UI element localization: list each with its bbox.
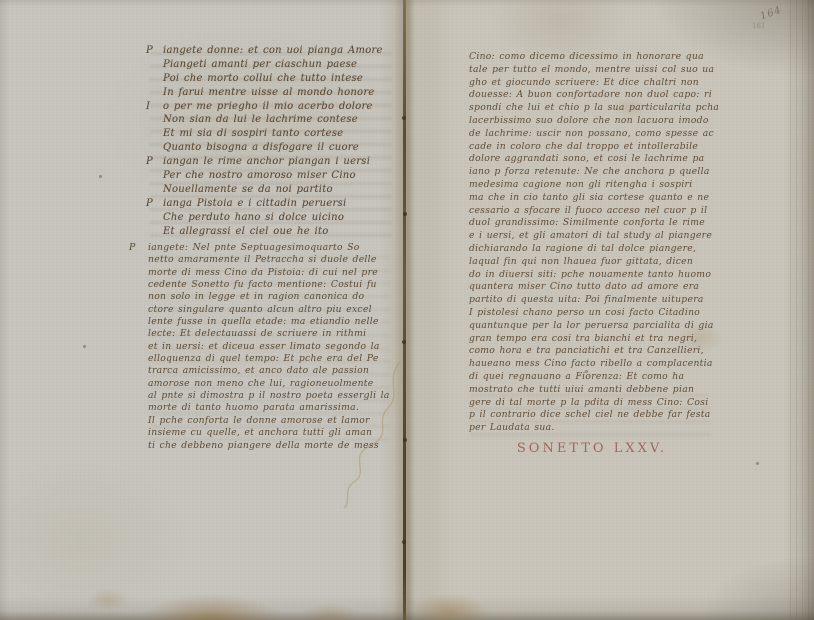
sonnet-heading: SONETTO LXXV. — [469, 441, 715, 456]
line-text: iangete donne: et con uoi pianga Amore — [163, 45, 383, 56]
manuscript-line: de lachrime: uscir non possano, como spe… — [469, 128, 719, 141]
line-text: o per me priegho il mio acerbo dolore — [163, 101, 373, 112]
manuscript-line: non solo in legge et in ragion canonica … — [129, 291, 390, 303]
line-text: Poi che morto collui che tutto intese — [163, 73, 363, 84]
line-text: Che perduto hano si dolce uicino — [163, 212, 344, 223]
line-text: Et allegrassi el ciel oue he ito — [163, 226, 328, 237]
manuscript-line: laqual fin qui non lhauea fuor gittata, … — [469, 256, 719, 269]
manuscript-line: et in uersi: et diceua esser limato sego… — [129, 341, 390, 353]
line-text: lente fusse in quella etade: ma etiandio… — [148, 316, 379, 327]
stanza-initial: P — [146, 44, 163, 58]
line-text: morte di mess Cino da Pistoia: di cui ne… — [148, 267, 378, 278]
manuscript-line: ti che debbeno piangere della morte de m… — [129, 440, 390, 452]
manuscript-line: Et mi sia di sospiri tanto cortese — [146, 127, 383, 141]
right-commentary-block: Cino: como dicemo dicessimo in honorare … — [469, 51, 719, 435]
manuscript-line: como hora e tra panciatichi et tra Canze… — [469, 345, 719, 358]
manuscript-line: Et allegrassi el ciel oue he ito — [146, 225, 383, 239]
manuscript-line: elloquenza di quel tempo: Et pche era de… — [129, 353, 390, 365]
manuscript-line: ma che in cio tanto gli sia cortese quan… — [469, 192, 719, 205]
manuscript-line: gran tempo era cosi tra bianchi et tra n… — [469, 333, 719, 346]
manuscript-line: cade in coloro che dal troppo et intolle… — [469, 141, 719, 154]
manuscript-line: quantera miser Cino tutto dato ad amore … — [469, 281, 719, 294]
sonnet-block: Piangete donne: et con uoi pianga AmoreP… — [146, 44, 383, 238]
manuscript-line: Per che nostro amoroso miser Cino — [146, 169, 383, 183]
manuscript-line: ctore singulare quanto alcun altro piu e… — [129, 304, 390, 316]
line-text: iangan le rime anchor piangan i uersi — [163, 156, 370, 167]
sewing-dot — [402, 540, 406, 544]
manuscript-line: netto amaramente il Petraccha si duole d… — [129, 254, 390, 266]
manuscript-line: spondi che lui et chio p la sua particul… — [469, 102, 719, 115]
line-text: Per che nostro amoroso miser Cino — [163, 170, 356, 181]
line-text: elloquenza di quel tempo: Et pche era de… — [148, 353, 379, 364]
manuscript-line: al pnte si dimostra p il nostro poeta es… — [129, 390, 390, 402]
manuscript-line: cedente Sonetto fu facto mentione: Costu… — [129, 279, 390, 291]
manuscript-line: Piangan le rime anchor piangan i uersi — [146, 155, 383, 169]
manuscript-line: quantunque per la lor peruersa parcialit… — [469, 320, 719, 333]
manuscript-line: trarca amicissimo, et anco dato ale pass… — [129, 365, 390, 377]
sewing-dot — [403, 438, 407, 442]
line-text: amorose non meno che lui, ragioneuolment… — [148, 378, 374, 389]
manuscript-line: mostrato che tutti uiui amanti debbene p… — [469, 384, 719, 397]
manuscript-line: Il pche conforta le donne amorose et lam… — [129, 415, 390, 427]
manuscript-line: lacerbissimo suo dolore che non lacuora … — [469, 115, 719, 128]
foxing-spot — [756, 462, 759, 465]
manuscript-line: dichiarando la ragione di tal dolce pian… — [469, 243, 719, 256]
line-text: ti che debbeno piangere della morte de m… — [148, 440, 379, 451]
manuscript-line: gho et giocundo scriuere: Et dice chaltr… — [469, 77, 719, 90]
manuscript-line: douesse: A buon confortadore non duol ca… — [469, 89, 719, 102]
sewing-dot — [403, 212, 407, 216]
left-commentary-block: Piangete: Nel pnte Septuagesimoquarto So… — [129, 242, 390, 452]
line-text: Et mi sia di sospiri tanto cortese — [163, 128, 343, 139]
folio-number-secondary: 161 — [752, 22, 765, 30]
line-text: morte di tanto huomo parata amarissima. — [148, 402, 359, 413]
folio-number: 164 — [759, 5, 784, 23]
manuscript-line: partito di questa uita: Poi finalmente u… — [469, 294, 719, 307]
line-text: Non sian da lui le lachrime contese — [163, 114, 358, 125]
manuscript-line: I pistolesi chano perso un cosi facto Ci… — [469, 307, 719, 320]
stanza-initial: P — [146, 197, 163, 211]
manuscript-line: lecte: Et delectauassi de scriuere in ri… — [129, 328, 390, 340]
line-text: lecte: Et delectauassi de scriuere in ri… — [148, 328, 366, 339]
manuscript-line: haueano mess Cino facto ribello a compla… — [469, 358, 719, 371]
manuscript-line: di quei regnauano a Fiorenza: Et como ha — [469, 371, 719, 384]
manuscript-line: Piangete donne: et con uoi pianga Amore — [146, 44, 383, 58]
manuscript-line: do in diuersi siti: pche nouamente tanto… — [469, 269, 719, 282]
line-text: Piangeti amanti per ciaschun paese — [163, 59, 357, 70]
manuscript-photo: Piangete donne: et con uoi pianga AmoreP… — [0, 0, 814, 620]
line-text: insieme cu quelle, et anchora tutti gli … — [148, 427, 372, 438]
sewing-dot — [402, 116, 406, 120]
manuscript-line: cessario a sfocare il fuoco acceso nel c… — [469, 205, 719, 218]
stanza-initial: P — [129, 242, 148, 254]
manuscript-line: Cino: como dicemo dicessimo in honorare … — [469, 51, 719, 64]
line-text: netto amaramente il Petraccha si duole d… — [148, 254, 377, 265]
line-text: et in uersi: et diceua esser limato sego… — [148, 341, 380, 352]
manuscript-line: gere di tal morte p la pdita di mess Cin… — [469, 397, 719, 410]
sewing-dot — [402, 340, 406, 344]
manuscript-line: Quanto bisogna a disfogare il cuore — [146, 141, 383, 155]
manuscript-line: duol grandissimo: Similmente conforta le… — [469, 217, 719, 230]
manuscript-line: lente fusse in quella etade: ma etiandio… — [129, 316, 390, 328]
manuscript-line: per Laudata sua. — [469, 422, 719, 435]
manuscript-line: e i uersi, et gli amatori di tal study a… — [469, 230, 719, 243]
manuscript-line: Che perduto hano si dolce uicino — [146, 211, 383, 225]
foxing-spot — [83, 345, 86, 348]
manuscript-line: morte di mess Cino da Pistoia: di cui ne… — [129, 267, 390, 279]
manuscript-line: medesima cagione non gli ritengha i sosp… — [469, 179, 719, 192]
line-text: non solo in legge et in ragion canonica … — [148, 291, 364, 302]
manuscript-line: Io per me priegho il mio acerbo dolore — [146, 100, 383, 114]
manuscript-line: iano p forza retenute: Ne che anchora p … — [469, 166, 719, 179]
manuscript-line: Non sian da lui le lachrime contese — [146, 113, 383, 127]
manuscript-line: amorose non meno che lui, ragioneuolment… — [129, 378, 390, 390]
manuscript-line: morte di tanto huomo parata amarissima. — [129, 402, 390, 414]
line-text: ctore singulare quanto alcun altro piu e… — [148, 304, 372, 315]
manuscript-line: p il contrario dice schel ciel ne debbe … — [469, 409, 719, 422]
line-text: In farui mentre uisse al mondo honore — [163, 87, 375, 98]
manuscript-line: Poi che morto collui che tutto intese — [146, 72, 383, 86]
page-edge-texture — [790, 0, 814, 620]
line-text: al pnte si dimostra p il nostro poeta es… — [148, 390, 390, 401]
manuscript-line: insieme cu quelle, et anchora tutti gli … — [129, 427, 390, 439]
line-text: ianga Pistoia e i cittadin peruersi — [163, 198, 346, 209]
line-text: trarca amicissimo, et anco dato ale pass… — [148, 365, 369, 376]
manuscript-line: In farui mentre uisse al mondo honore — [146, 86, 383, 100]
line-text: Nouellamente se da noi partito — [163, 184, 333, 195]
line-text: Il pche conforta le donne amorose et lam… — [148, 415, 370, 426]
manuscript-line: Nouellamente se da noi partito — [146, 183, 383, 197]
foxing-spot — [99, 175, 102, 178]
manuscript-line: Piangete: Nel pnte Septuagesimoquarto So — [129, 242, 390, 254]
stanza-initial: I — [146, 100, 163, 114]
manuscript-line: tale per tutto el mondo, mentre uissi co… — [469, 64, 719, 77]
line-text: iangete: Nel pnte Septuagesimoquarto So — [148, 242, 360, 253]
line-text: cedente Sonetto fu facto mentione: Costu… — [148, 279, 377, 290]
manuscript-line: Pianga Pistoia e i cittadin peruersi — [146, 197, 383, 211]
binding-gutter — [403, 0, 406, 620]
line-text: Quanto bisogna a disfogare il cuore — [163, 142, 359, 153]
stanza-initial: P — [146, 155, 163, 169]
manuscript-line: Piangeti amanti per ciaschun paese — [146, 58, 383, 72]
manuscript-line: dolore aggrandati sono, et cosi le lachr… — [469, 153, 719, 166]
